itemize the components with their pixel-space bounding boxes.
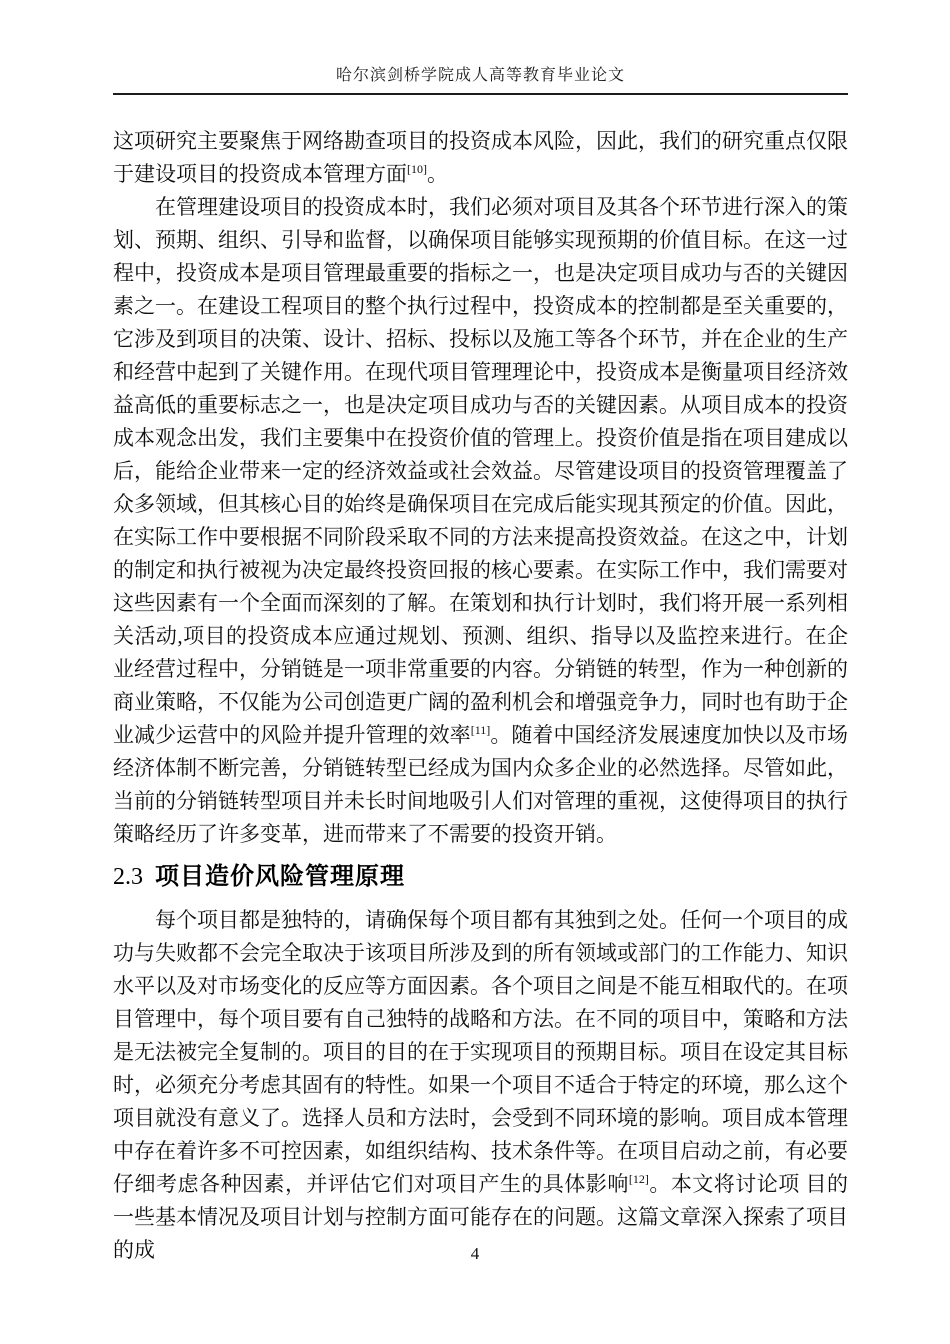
reference-superscript: [10]: [407, 162, 427, 176]
body-paragraph: 每个项目都是独特的，请确保每个项目都有其独到之处。任何一个项目的成功与失败都不会…: [113, 904, 848, 1267]
document-body: 这项研究主要聚焦于网络勘查项目的投资成本风险，因此，我们的研究重点仅限于建设项目…: [113, 125, 848, 1267]
body-paragraph: 在管理建设项目的投资成本时，我们必须对项目及其各个环节进行深入的策划、预期、组织…: [113, 191, 848, 851]
section-title: 项目造价风险管理原理: [155, 862, 405, 890]
section-heading: 2.3项目造价风险管理原理: [113, 860, 848, 893]
document-page: 哈尔滨剑桥学院成人高等教育毕业论文 这项研究主要聚焦于网络勘查项目的投资成本风险…: [0, 0, 950, 1344]
header-title: 哈尔滨剑桥学院成人高等教育毕业论文: [336, 67, 625, 84]
section-number: 2.3: [113, 864, 143, 890]
page-number: 4: [0, 1244, 950, 1264]
body-paragraph: 这项研究主要聚焦于网络勘查项目的投资成本风险，因此，我们的研究重点仅限于建设项目…: [113, 125, 848, 191]
reference-superscript: [12]: [629, 1172, 649, 1186]
page-header: 哈尔滨剑桥学院成人高等教育毕业论文: [113, 62, 848, 95]
reference-superscript: [11]: [471, 723, 491, 737]
